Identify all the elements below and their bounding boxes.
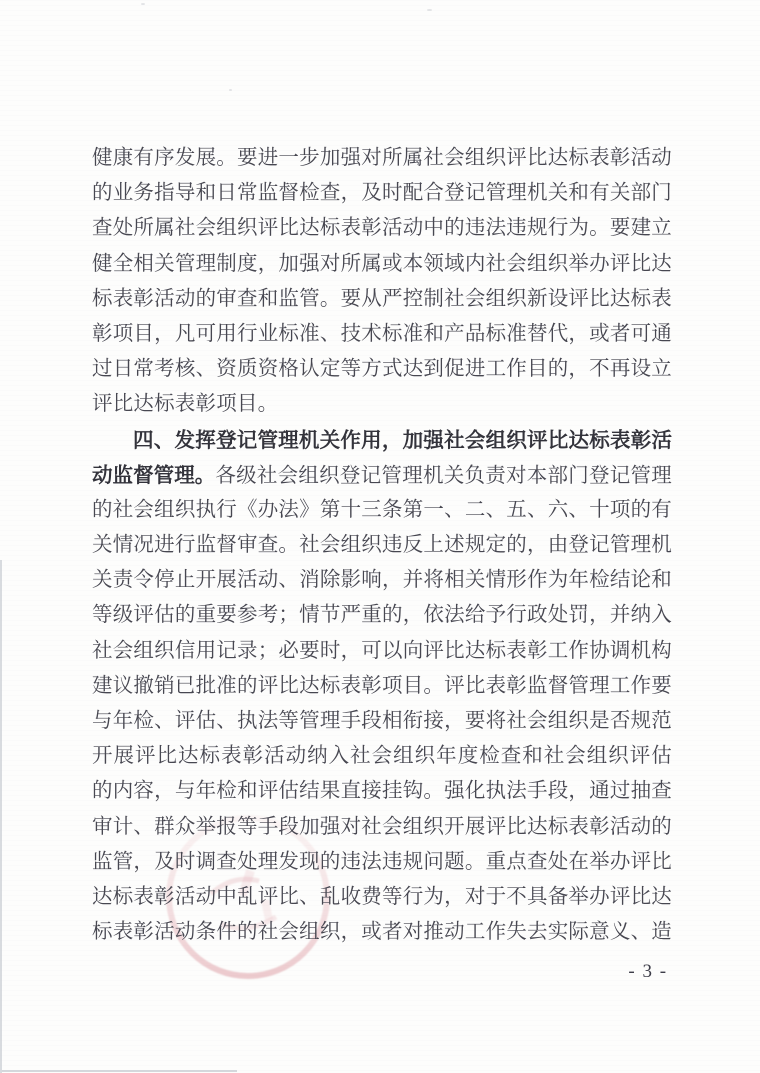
body-text: 健全相关管理制度，加强对所属或本领域内社会组织举办评比达 bbox=[92, 253, 672, 275]
body-text: 达标表彰活动中乱评比、乱收费等行为，对于不具备举办评比达 bbox=[92, 886, 672, 908]
scan-speckle bbox=[229, 89, 232, 91]
heading-text: 动监督管理。 bbox=[92, 464, 215, 487]
document-line: 标表彰活动条件的社会组织，或者对推动工作失去实际意义、造 bbox=[92, 915, 672, 950]
document-line: 的内容，与年检和评估结果直接挂钩。强化执法手段，通过抽查 bbox=[92, 774, 672, 809]
body-text: 监管，及时调查处理发现的违法违规问题。重点查处在举办评比 bbox=[92, 851, 672, 873]
body-text: 评比达标表彰项目。 bbox=[92, 393, 278, 415]
body-text: 建议撤销已批准的评比达标表彰项目。评比表彰监督管理工作要 bbox=[92, 675, 672, 697]
body-text: 健康有序发展。要进一步加强对所属社会组织评比达标表彰活动 bbox=[92, 147, 672, 169]
document-line: 健康有序发展。要进一步加强对所属社会组织评比达标表彰活动 bbox=[92, 141, 672, 176]
document-line: 达标表彰活动中乱评比、乱收费等行为，对于不具备举办评比达 bbox=[92, 880, 672, 915]
document-line: 健全相关管理制度，加强对所属或本领域内社会组织举办评比达 bbox=[92, 247, 672, 282]
body-text: 的内容，与年检和评估结果直接挂钩。强化执法手段，通过抽查 bbox=[92, 780, 672, 802]
page-number: - 3 - bbox=[612, 961, 684, 983]
document-line: 评比达标表彰项目。 bbox=[92, 387, 672, 422]
body-text: 关责令停止开展活动、消除影响，并将相关情形作为年检结论和 bbox=[92, 569, 672, 591]
document-line: 与年检、评估、执法等管理手段相衔接，要将社会组织是否规范 bbox=[92, 704, 672, 739]
document-line: 的业务指导和日常监督检查，及时配合登记管理机关和有关部门 bbox=[92, 176, 672, 211]
body-text: 等级评估的重要参考；情节严重的，依法给予行政处罚，并纳入 bbox=[92, 604, 672, 626]
document-line: 的社会组织执行《办法》第十三条第一、二、五、六、十项的有 bbox=[92, 493, 672, 528]
body-text: 关情况进行监督审查。社会组织违反上述规定的，由登记管理机 bbox=[92, 534, 672, 556]
body-text: 过日常考核、资质资格认定等方式达到促进工作目的，不再设立 bbox=[92, 358, 672, 380]
document-line: 过日常考核、资质资格认定等方式达到促进工作目的，不再设立 bbox=[92, 352, 672, 387]
body-text: 审计、群众举报等手段加强对社会组织开展评比达标表彰活动的 bbox=[92, 816, 672, 838]
document-line: 查处所属社会组织评比达标表彰活动中的违法违规行为。要建立 bbox=[92, 211, 672, 246]
body-text: 的社会组织执行《办法》第十三条第一、二、五、六、十项的有 bbox=[92, 499, 672, 521]
body-text: 的业务指导和日常监督检查，及时配合登记管理机关和有关部门 bbox=[92, 182, 672, 204]
heading-text: 四、发挥登记管理机关作用，加强社会组织评比达标表彰活 bbox=[133, 429, 672, 452]
document-body: 健康有序发展。要进一步加强对所属社会组织评比达标表彰活动的业务指导和日常监督检查… bbox=[92, 141, 672, 950]
body-text: 标表彰活动的审查和监管。要从严控制社会组织新设评比达标表 bbox=[92, 288, 672, 310]
document-line: 彰项目，凡可用行业标准、技术标准和产品标准替代，或者可通 bbox=[92, 317, 672, 352]
document-line: 开展评比达标表彰活动纳入社会组织年度检查和社会组织评估 bbox=[92, 739, 672, 774]
document-line: 动监督管理。各级社会组织登记管理机关负责对本部门登记管理 bbox=[92, 458, 672, 493]
document-page: 健康有序发展。要进一步加强对所属社会组织评比达标表彰活动的业务指导和日常监督检查… bbox=[0, 0, 760, 1073]
document-line: 标表彰活动的审查和监管。要从严控制社会组织新设评比达标表 bbox=[92, 282, 672, 317]
body-text: 社会组织信用记录；必要时，可以向评比达标表彰工作协调机构 bbox=[92, 640, 672, 662]
body-text: 查处所属社会组织评比达标表彰活动中的违法违规行为。要建立 bbox=[92, 217, 672, 239]
scan-edge-bottom bbox=[2, 1070, 237, 1072]
scan-speckle bbox=[141, 3, 145, 5]
document-line: 监管，及时调查处理发现的违法违规问题。重点查处在举办评比 bbox=[92, 845, 672, 880]
document-line: 审计、群众举报等手段加强对社会组织开展评比达标表彰活动的 bbox=[92, 810, 672, 845]
document-line: 四、发挥登记管理机关作用，加强社会组织评比达标表彰活 bbox=[92, 423, 672, 458]
document-line: 建议撤销已批准的评比达标表彰项目。评比表彰监督管理工作要 bbox=[92, 669, 672, 704]
body-text: 与年检、评估、执法等管理手段相衔接，要将社会组织是否规范 bbox=[92, 710, 672, 732]
scan-speckle bbox=[427, 9, 432, 11]
document-line: 关情况进行监督审查。社会组织违反上述规定的，由登记管理机 bbox=[92, 528, 672, 563]
document-line: 社会组织信用记录；必要时，可以向评比达标表彰工作协调机构 bbox=[92, 634, 672, 669]
document-line: 等级评估的重要参考；情节严重的，依法给予行政处罚，并纳入 bbox=[92, 598, 672, 633]
document-line: 关责令停止开展活动、消除影响，并将相关情形作为年检结论和 bbox=[92, 563, 672, 598]
scan-edge-left bbox=[0, 560, 2, 1073]
body-text: 标表彰活动条件的社会组织，或者对推动工作失去实际意义、造 bbox=[92, 921, 672, 943]
body-text: 开展评比达标表彰活动纳入社会组织年度检查和社会组织评估 bbox=[92, 745, 672, 767]
body-text: 各级社会组织登记管理机关负责对本部门登记管理 bbox=[215, 465, 672, 487]
body-text: 彰项目，凡可用行业标准、技术标准和产品标准替代，或者可通 bbox=[92, 323, 672, 345]
